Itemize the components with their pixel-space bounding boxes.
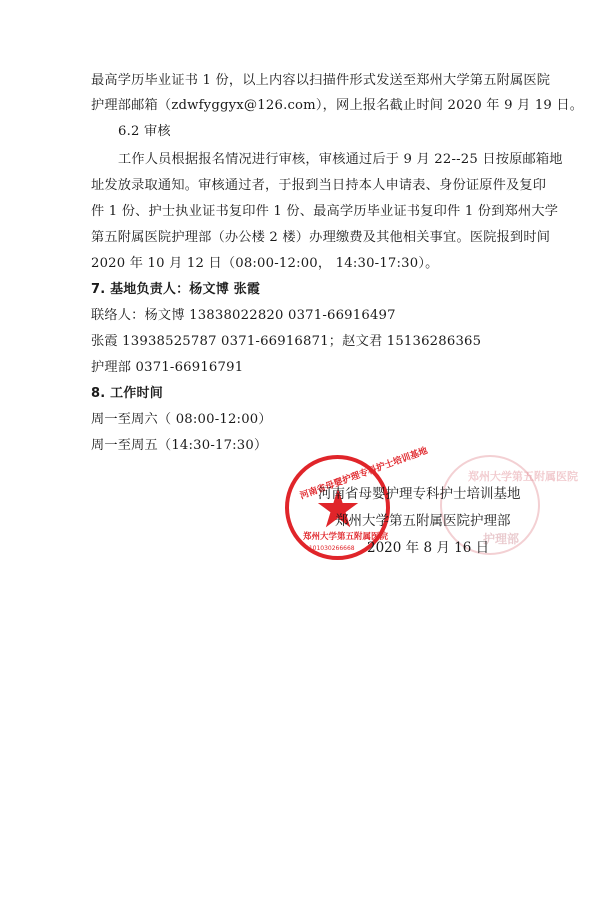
red-stamp-number: 4101030266668: [305, 545, 355, 552]
contact-line: 护理部 0371-66916791: [91, 359, 243, 377]
paragraph-line: 件 1 份、护士执业证书复印件 1 份、最高学历毕业证书复印件 1 份到郑州大学: [91, 203, 558, 221]
signature-org-1: 河南省母婴护理专科护士培训基地: [318, 482, 521, 502]
section-heading-7: 7. 基地负责人：杨文博 张霞: [91, 281, 260, 299]
paragraph-line: 第五附属医院护理部（办公楼 2 楼）办理缴费及其他相关事宜。医院报到时间: [91, 229, 550, 247]
paragraph-line: 最高学历毕业证书 1 份，以上内容以扫描件形式发送至郑州大学第五附属医院: [91, 72, 550, 90]
hours-line: 周一至周六（ 08:00-12:00）: [91, 411, 272, 429]
signature-date: 2020 年 8 月 16 日: [367, 536, 489, 556]
contact-line: 张霞 13938525787 0371-66916871；赵文君 1513628…: [91, 333, 481, 351]
paragraph-line: 护理部邮箱（zdwfyggyx@126.com），网上报名截止时间 2020 年…: [91, 97, 583, 115]
section-heading-6-2: 6.2 审核: [118, 123, 171, 141]
signature-org-2: 郑州大学第五附属医院护理部: [335, 509, 511, 529]
paragraph-line: 工作人员根据报名情况进行审核，审核通过后于 9 月 22--25 日按原邮箱地: [118, 151, 563, 169]
paragraph-line: 址发放录取通知。审核通过者，于报到当日持本人申请表、身份证原件及复印: [91, 177, 546, 195]
paragraph-line: 2020 年 10 月 12 日（08:00-12:00， 14:30-17:3…: [91, 255, 439, 273]
section-heading-8: 8. 工作时间: [91, 385, 163, 403]
hours-line: 周一至周五（14:30-17:30）: [91, 437, 267, 455]
contact-line: 联络人：杨文博 13838022820 0371-66916497: [91, 307, 396, 325]
